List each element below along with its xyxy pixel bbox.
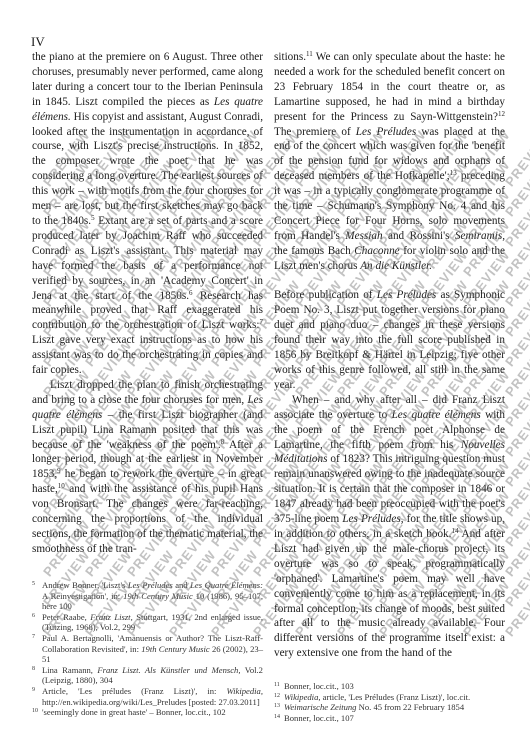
footnote: 7Paul A. Bertagnolli, 'Amanuensis or Aut…: [32, 633, 263, 665]
footnote: 12Wikipedia, article, 'Les Préludes (Fra…: [274, 692, 505, 703]
footnote-ref: 13: [450, 169, 457, 177]
watermark-text: PREVIEW: [502, 157, 530, 219]
watermark-text: PREVIEW: [502, 217, 530, 279]
footnote: 13Weimarische Zeitung No. 45 from 22 Feb…: [274, 702, 505, 713]
footnote: 11Bonner, loc.cit., 103: [274, 681, 505, 692]
watermark-text: PREVIEW: [502, 367, 530, 429]
watermark-text: PREVIEW: [502, 307, 530, 369]
watermark-text: PREVIEW: [502, 277, 530, 339]
footnote-ref: 12: [498, 110, 505, 118]
footnote-ref: 11: [306, 50, 313, 58]
paragraph: the piano at the premiere on 6 August. T…: [32, 50, 263, 378]
footnote: 14Bonner, loc.cit., 107: [274, 713, 505, 724]
paragraph: Liszt dropped the plan to finish orchest…: [32, 378, 263, 557]
watermark-text: PREVIEW: [502, 247, 530, 309]
footnote: 9Article, 'Les préludes (Franz Liszt)', …: [32, 686, 263, 707]
footnote-ref: 8: [221, 438, 225, 446]
watermark-text: PREVIEW: [502, 127, 530, 189]
footnote-ref: 10: [58, 482, 65, 490]
footnote-ref: 14: [451, 527, 458, 535]
footnotes-left: 5Andrew Bonner, 'Liszt's Les Préludes an…: [32, 580, 263, 718]
footnote-ref: 6: [189, 289, 193, 297]
paragraph: When – and why after all – did Franz Lis…: [274, 393, 505, 661]
watermark-text: PREVIEW: [502, 397, 530, 459]
paragraph: sitions.11 We can only speculate about t…: [274, 50, 505, 274]
footnote: 10'seemingly done in great haste' – Bonn…: [32, 707, 263, 718]
footnote: 8Lina Ramann, Franz Liszt. Als Künstler …: [32, 665, 263, 686]
footnote: 5Andrew Bonner, 'Liszt's Les Préludes an…: [32, 580, 263, 612]
left-text-column: the piano at the premiere on 6 August. T…: [32, 50, 263, 557]
footnote-ref: 7: [260, 318, 264, 326]
footnote-ref: 9: [57, 467, 61, 475]
watermark-text: PREVIEW: [502, 187, 530, 249]
footnote-ref: 5: [91, 214, 95, 222]
page-number: IV: [31, 34, 45, 50]
watermark-text: PREVIEW: [502, 487, 530, 549]
watermark-text: PREVIEW: [502, 457, 530, 519]
footnote: 6Peter Raabe, Franz Liszt, Stuttgart, 19…: [32, 612, 263, 633]
watermark-text: PREVIEW: [502, 517, 530, 579]
watermark-text: PREVIEW: [502, 577, 530, 639]
watermark-text: PREVIEW: [502, 427, 530, 489]
paragraph: Before publication of Les Préludes as Sy…: [274, 288, 505, 392]
watermark-text: PREVIEW: [502, 337, 530, 399]
watermark-text: PREVIEW: [502, 547, 530, 609]
right-text-column: sitions.11 We can only speculate about t…: [274, 50, 505, 661]
footnotes-right: 11Bonner, loc.cit., 103 12Wikipedia, art…: [274, 681, 505, 723]
